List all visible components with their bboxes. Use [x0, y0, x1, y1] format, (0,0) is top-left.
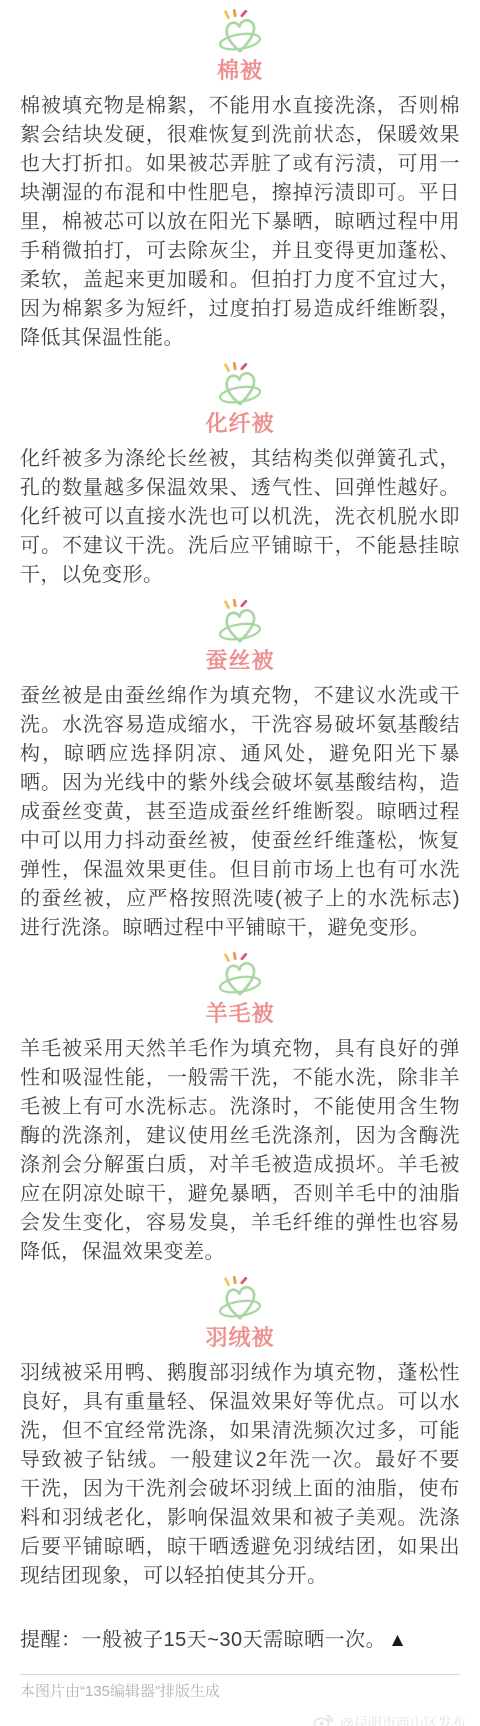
- sparkle-heart-icon: [0, 598, 480, 646]
- sparkle-heart-icon: [0, 1275, 480, 1323]
- sparkle-heart-icon: [0, 361, 480, 409]
- section-wool-quilt: 羊毛被 羊毛被采用天然羊毛作为填充物，具有良好的弹性和吸湿性能，一般需干洗，不能…: [0, 943, 480, 1267]
- watermark: @昆明市西山区发布: [0, 1712, 480, 1726]
- triangle-marker: ▲: [388, 1630, 407, 1651]
- section-body-cotton: 棉被填充物是棉絮，不能用水直接洗涤，否则棉絮会结块发硬，很难恢复到洗前状态，保暖…: [20, 92, 460, 353]
- reminder-text: 提醒：一般被子15天~30天需晾晒一次。: [20, 1629, 386, 1651]
- section-title-wool: 羊毛被: [0, 1001, 480, 1027]
- sparkle-heart-icon: [0, 8, 480, 56]
- section-body-wool: 羊毛被采用天然羊毛作为填充物，具有良好的弹性和吸湿性能，一般需干洗，不能水洗，除…: [20, 1035, 460, 1267]
- section-down-quilt: 羽绒被 羽绒被采用鸭、鹅腹部羽绒作为填充物，蓬松性良好，具有重量轻、保温效果好等…: [0, 1267, 480, 1591]
- article-image: 棉被 棉被填充物是棉絮，不能用水直接洗涤，否则棉絮会结块发硬，很难恢复到洗前状态…: [0, 0, 480, 1726]
- section-title-fiber: 化纤被: [0, 411, 480, 437]
- section-title-down: 羽绒被: [0, 1325, 480, 1351]
- section-body-fiber: 化纤被多为涤纶长丝被，其结构类似弹簧孔式，孔的数量越多保温效果、透气性、回弹性越…: [20, 445, 460, 590]
- footer-divider: [20, 1674, 460, 1675]
- editor-credit: 本图片由“135编辑器”排版生成: [20, 1682, 460, 1702]
- section-fiber-quilt: 化纤被 化纤被多为涤纶长丝被，其结构类似弹簧孔式，孔的数量越多保温效果、透气性、…: [0, 353, 480, 590]
- reminder-note: 提醒：一般被子15天~30天需晾晒一次。▲: [20, 1625, 460, 1656]
- watermark-handle: @昆明市西山区发布: [340, 1714, 466, 1726]
- sparkle-heart-icon: [0, 951, 480, 999]
- weibo-icon: [313, 1712, 335, 1726]
- section-cotton-quilt: 棉被 棉被填充物是棉絮，不能用水直接洗涤，否则棉絮会结块发硬，很难恢复到洗前状态…: [0, 0, 480, 353]
- section-body-down: 羽绒被采用鸭、鹅腹部羽绒作为填充物，蓬松性良好，具有重量轻、保温效果好等优点。可…: [20, 1359, 460, 1591]
- section-title-cotton: 棉被: [0, 58, 480, 84]
- section-body-silk: 蚕丝被是由蚕丝绵作为填充物，不建议水洗或干洗。水洗容易造成缩水，干洗容易破坏氨基…: [20, 682, 460, 943]
- section-silk-quilt: 蚕丝被 蚕丝被是由蚕丝绵作为填充物，不建议水洗或干洗。水洗容易造成缩水，干洗容易…: [0, 590, 480, 943]
- section-title-silk: 蚕丝被: [0, 648, 480, 674]
